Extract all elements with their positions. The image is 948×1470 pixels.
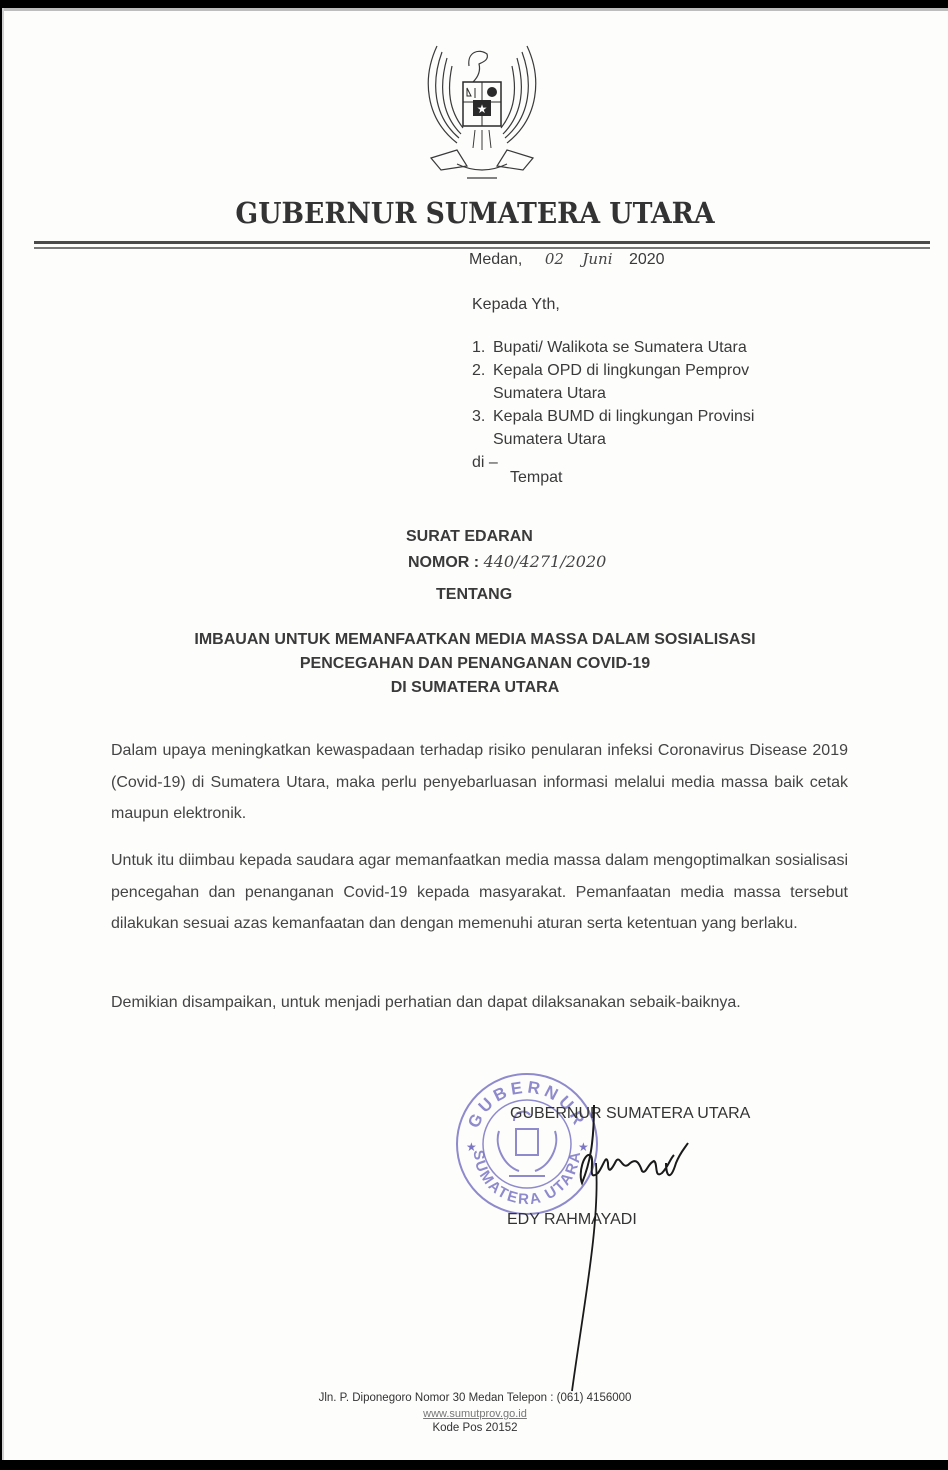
signature-icon	[542, 1103, 742, 1403]
doc-number: NOMOR : 440/4271/2020	[408, 552, 606, 572]
garuda-emblem-icon: ★	[417, 38, 547, 188]
date-month: Juni	[582, 250, 612, 268]
footer-postal: Kode Pos 20152	[2, 1422, 948, 1434]
footer-website-link[interactable]: www.sumutprov.go.id	[2, 1408, 948, 1420]
date-year: 2020	[629, 251, 665, 268]
body-paragraph: Untuk itu diimbau kepada saudara agar me…	[111, 845, 848, 940]
recipient-item: 2. Kepala OPD di lingkungan Pemprov Suma…	[472, 359, 754, 405]
date-line: Medan, 02 Juni 2020	[469, 250, 665, 269]
letterhead-rule	[34, 247, 930, 249]
nomor-value: 440/4271/2020	[484, 552, 607, 571]
body-paragraph: Demikian disampaikan, untuk menjadi perh…	[111, 987, 848, 1019]
letterhead-title: GUBERNUR SUMATERA UTARA	[40, 196, 910, 230]
subject: IMBAUAN UNTUK MEMANFAATKAN MEDIA MASSA D…	[2, 628, 948, 700]
letter-page: ★ GUBERNUR SUMATERA UTARA Medan, 02 Juni…	[2, 8, 948, 1460]
date-day: 02	[545, 250, 564, 268]
tentang-label: TENTANG	[436, 586, 512, 604]
footer-address: Jln. P. Diponegoro Nomor 30 Medan Telepo…	[2, 1392, 948, 1404]
doc-type: SURAT EDARAN	[406, 528, 533, 546]
page-edge	[2, 8, 4, 1460]
letterhead-rule	[34, 241, 930, 244]
page-edge	[2, 8, 948, 11]
svg-text:★: ★	[466, 1140, 477, 1154]
body-paragraph: Dalam upaya meningkatkan kewaspadaan ter…	[111, 735, 848, 830]
recipient-item: 1. Bupati/ Walikota se Sumatera Utara	[472, 336, 754, 359]
nomor-label: NOMOR :	[408, 554, 479, 571]
date-city: Medan,	[469, 251, 522, 268]
tempat-label: Tempat	[510, 469, 562, 487]
svg-text:★: ★	[477, 102, 488, 116]
recipient-item: 3. Kepala BUMD di lingkungan Provinsi Su…	[472, 405, 754, 451]
greeting: Kepada Yth,	[472, 296, 560, 314]
recipient-list: 1. Bupati/ Walikota se Sumatera Utara 2.…	[472, 336, 754, 474]
